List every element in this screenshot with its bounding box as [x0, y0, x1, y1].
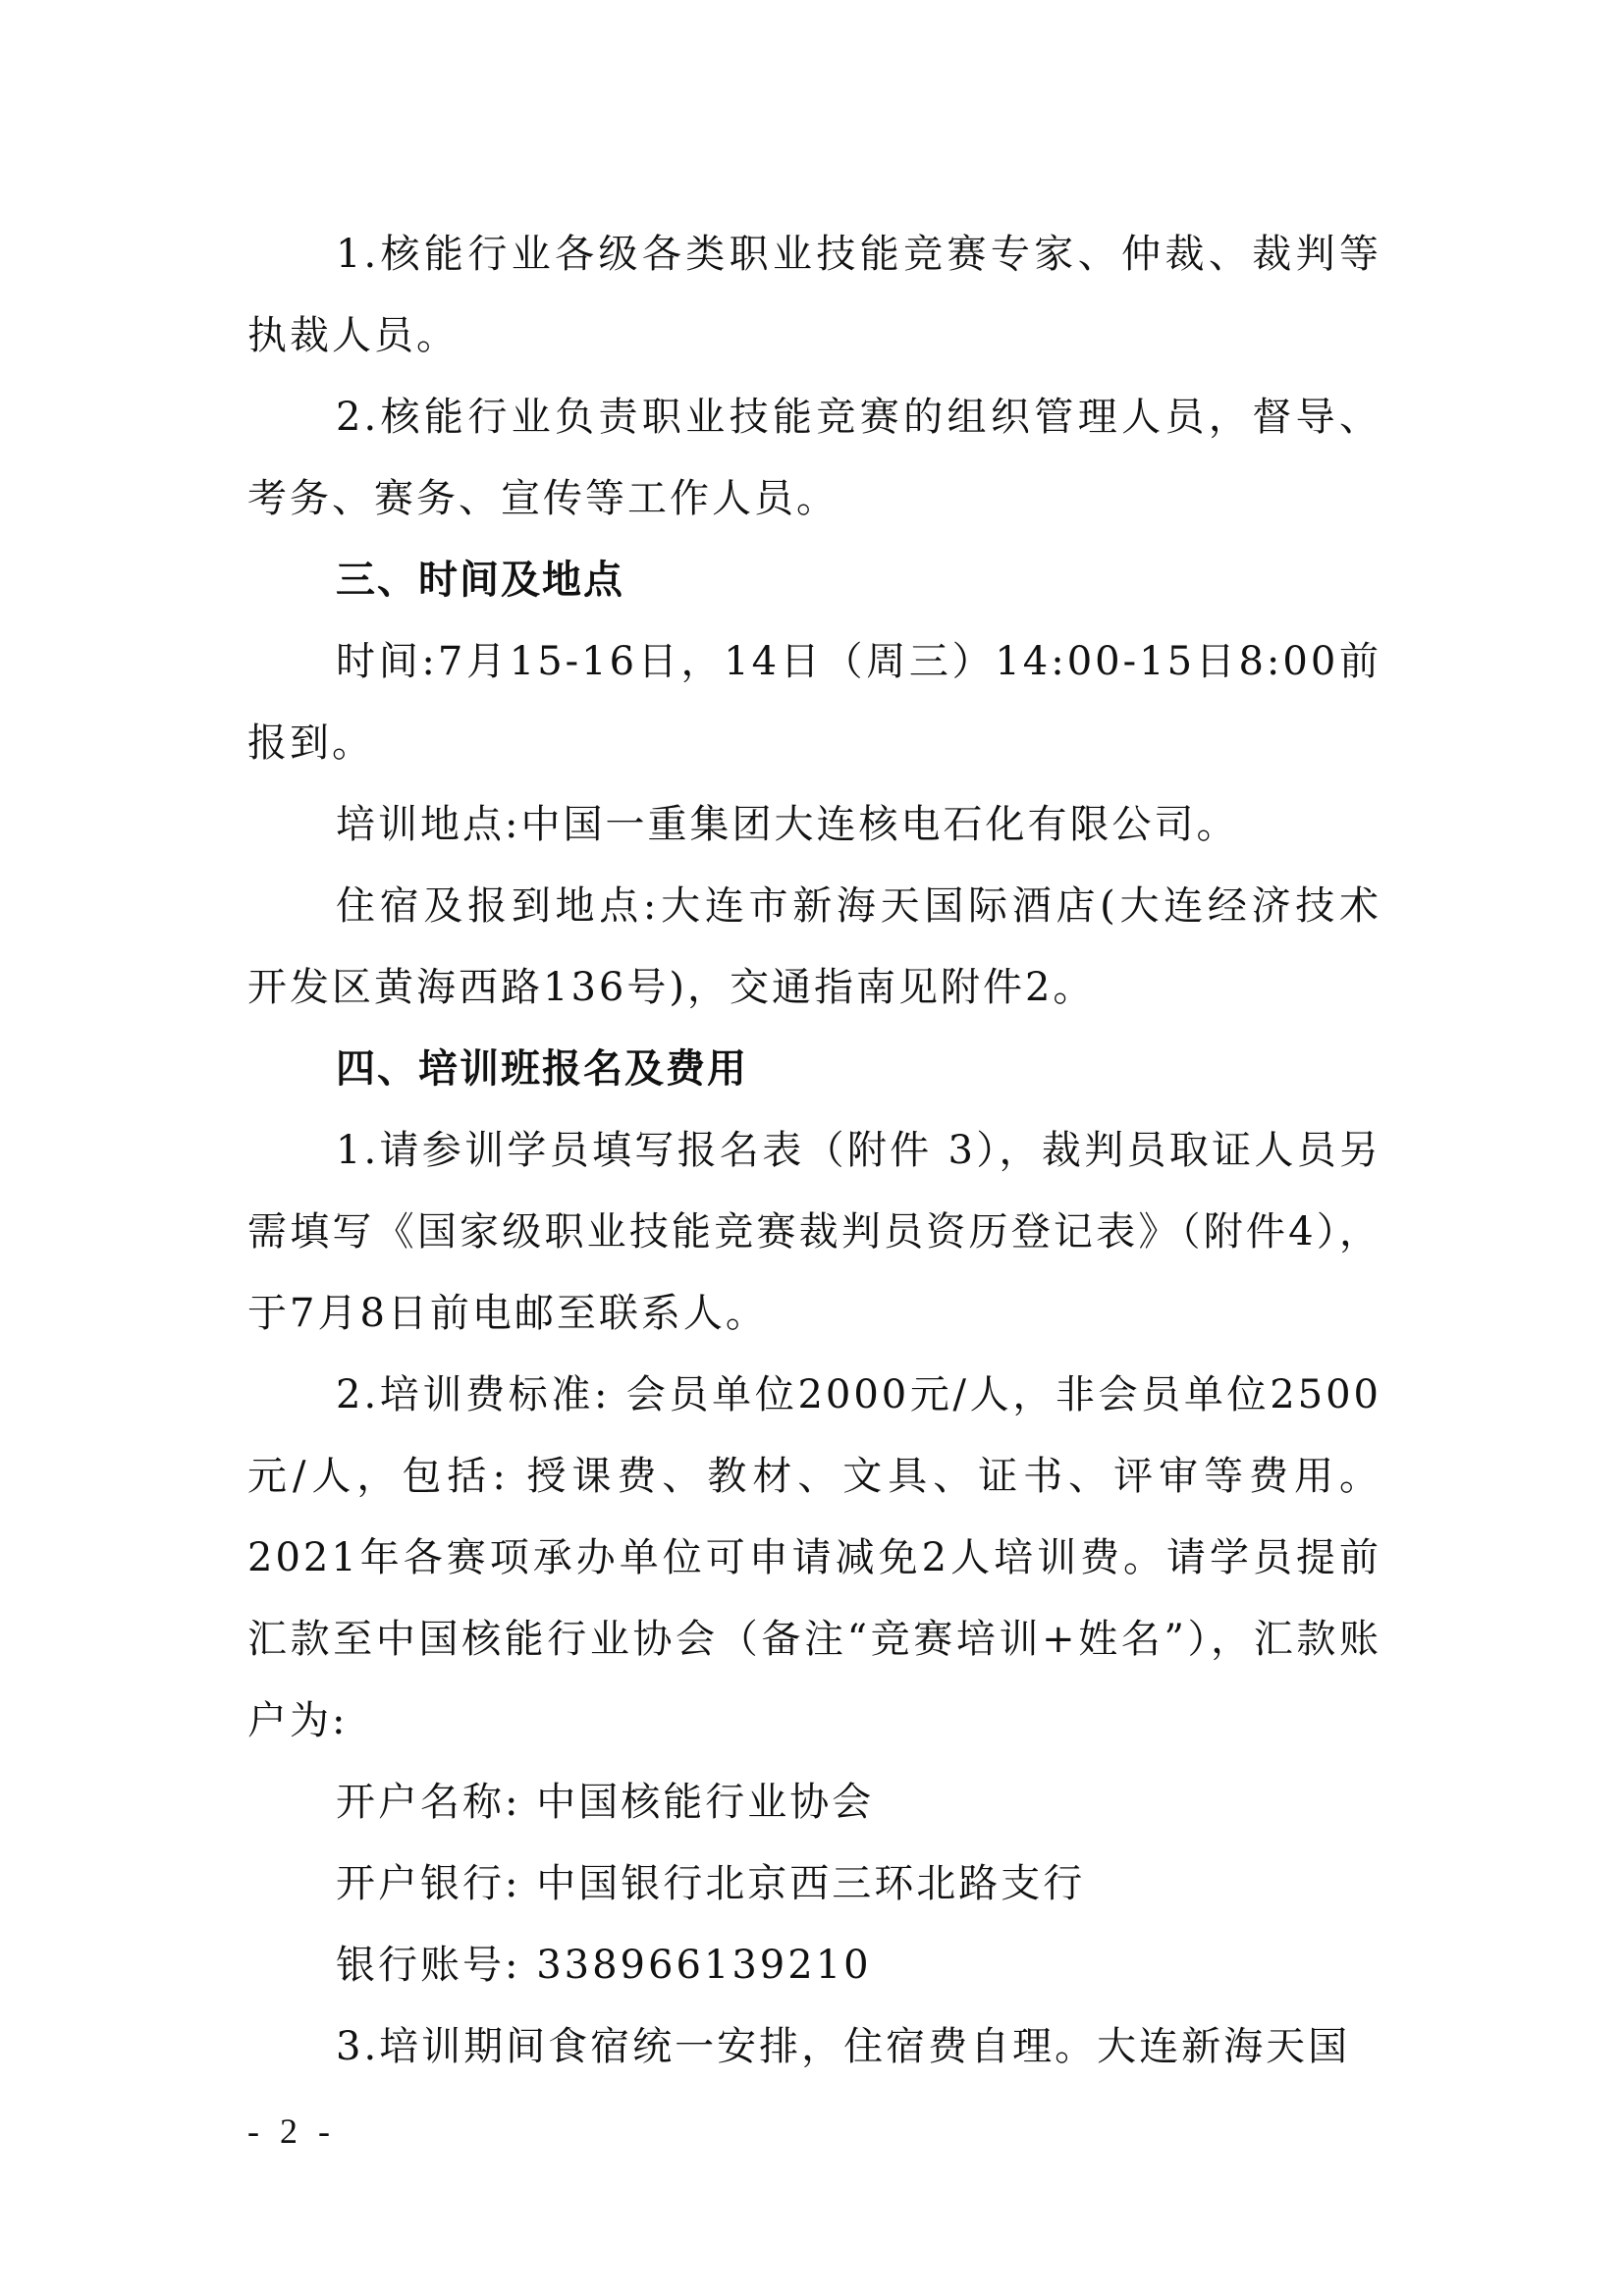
paragraph-referee-personnel: 1.核能行业各级各类职业技能竞赛专家、仲裁、裁判等执裁人员。 — [247, 214, 1381, 377]
section-heading-time-location: 三、时间及地点 — [247, 540, 1381, 621]
account-name-label: 开户名称: — [336, 1780, 520, 1825]
section-heading-registration-fees: 四、培训班报名及费用 — [247, 1029, 1381, 1110]
paragraph-management-personnel: 2.核能行业负责职业技能竞赛的组织管理人员，督导、考务、赛务、宣传等工作人员。 — [247, 377, 1381, 540]
paragraph-meals-accommodation: 3.培训期间食宿统一安排，住宿费自理。大连新海天国 — [247, 2006, 1381, 2088]
account-number-line: 银行账号: 338966139210 — [247, 1925, 1381, 2006]
document-page: 1.核能行业各级各类职业技能竞赛专家、仲裁、裁判等执裁人员。 2.核能行业负责职… — [247, 214, 1381, 2088]
account-bank-value: 中国银行北京西三环北路支行 — [536, 1861, 1085, 1906]
paragraph-accommodation: 住宿及报到地点:大连市新海天国际酒店(大连经济技术开发区黄海西路136号)，交通… — [247, 866, 1381, 1029]
account-bank-line: 开户银行: 中国银行北京西三环北路支行 — [247, 1843, 1381, 1925]
account-number-label: 银行账号: — [336, 1943, 520, 1988]
page-number: - 2 - — [247, 2110, 336, 2152]
account-name-line: 开户名称: 中国核能行业协会 — [247, 1762, 1381, 1843]
paragraph-time: 时间:7月15-16日，14日（周三）14:00-15日8:00前报到。 — [247, 621, 1381, 784]
paragraph-fees: 2.培训费标准: 会员单位2000元/人，非会员单位2500元/人，包括: 授课… — [247, 1355, 1381, 1762]
paragraph-training-location: 培训地点:中国一重集团大连核电石化有限公司。 — [247, 784, 1381, 866]
paragraph-registration: 1.请参训学员填写报名表（附件 3），裁判员取证人员另需填写《国家级职业技能竞赛… — [247, 1110, 1381, 1355]
account-number-value: 338966139210 — [536, 1943, 871, 1988]
account-name-value: 中国核能行业协会 — [536, 1780, 874, 1825]
account-bank-label: 开户银行: — [336, 1861, 520, 1906]
